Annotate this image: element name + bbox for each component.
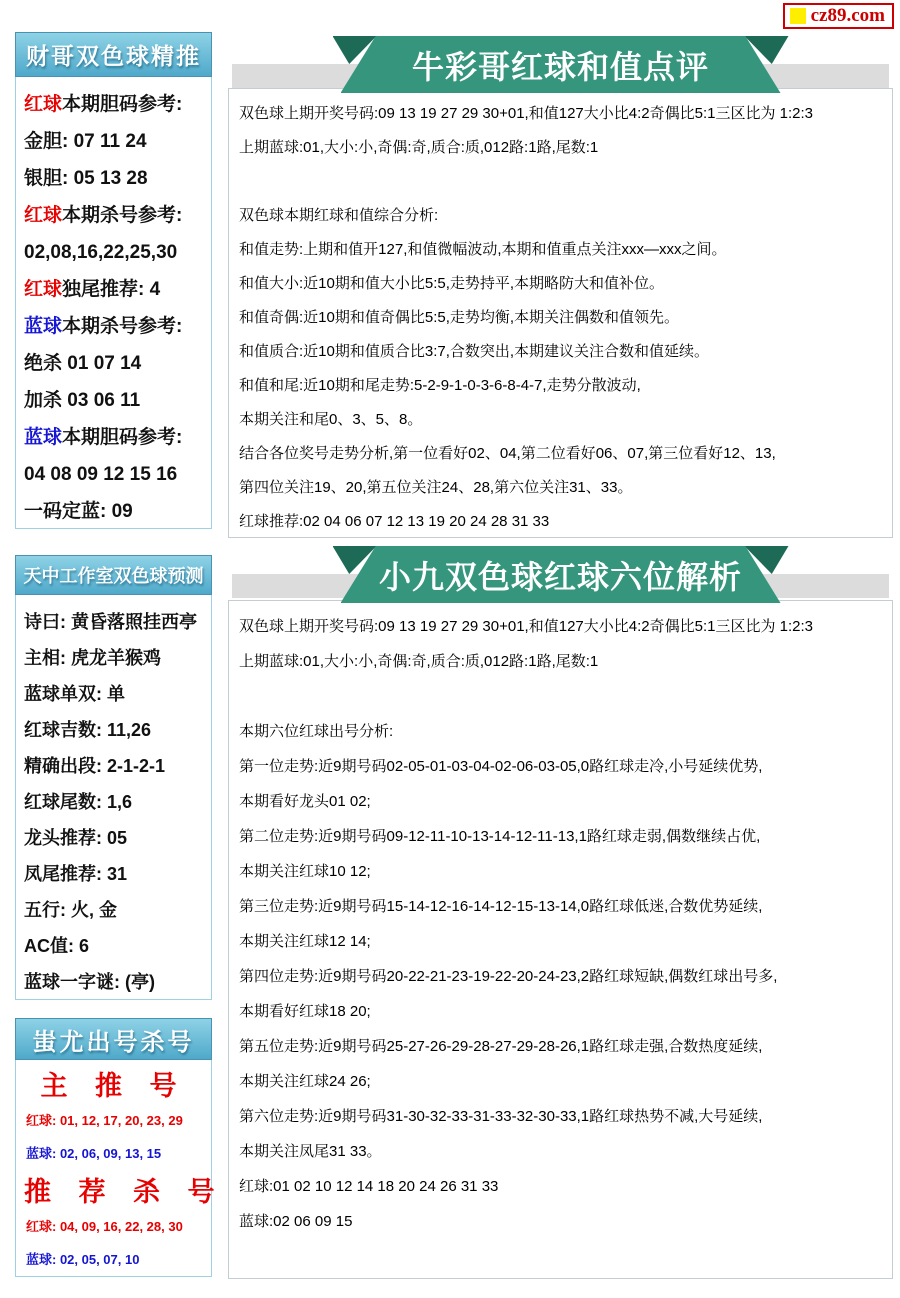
analysis-line: 蓝球:02 06 09 15 <box>239 1204 882 1239</box>
analysis-line: 红球:01 02 10 12 14 18 20 24 26 31 33 <box>239 1169 882 1204</box>
analysis-line: 双色球上期开奖号码:09 13 19 27 29 30+01,和值127大小比4… <box>239 609 882 644</box>
prediction-line: 银胆: 05 13 28 <box>24 160 203 197</box>
analysis-line: 和值走势:上期和值开127,和值微幅波动,本期和值重点关注xxx—xxx之间。 <box>239 233 882 267</box>
panel-1-sum-review: 双色球上期开奖号码:09 13 19 27 29 30+01,和值127大小比4… <box>228 88 893 538</box>
prediction-text: 绝杀 01 07 14 <box>24 353 141 374</box>
ball-type-label: 蓝球 <box>24 427 62 448</box>
prediction-line: 蓝球一字谜: (亭) <box>24 964 203 1000</box>
prediction-line: 精确出段: 2-1-2-1 <box>24 748 203 784</box>
prediction-line: 主相: 虎龙羊猴鸡 <box>24 640 203 676</box>
prediction-text: 独尾推荐: 4 <box>62 279 160 300</box>
sidebar-box-body: 诗曰: 黄昏落照挂西亭 主相: 虎龙羊猴鸡 蓝球单双: 单 红球吉数: 11,2… <box>16 595 211 1000</box>
analysis-line: 和值质合:近10期和值质合比3:7,合数突出,本期建议关注合数和值延续。 <box>239 335 882 369</box>
panel-2-ribbon: 小九双色球红球六位解析 <box>228 545 893 603</box>
page: cz89.com 财哥双色球精推 红球本期胆码参考: 金胆: 07 11 24 … <box>0 0 900 1298</box>
prediction-line: 红球独尾推荐: 4 <box>24 271 203 308</box>
analysis-line: 第五位走势:近9期号码25-27-26-29-28-27-29-28-26,1路… <box>239 1029 882 1064</box>
recommend-line: 蓝球: 02, 05, 07, 10 <box>24 1243 203 1276</box>
analysis-line: 第一位走势:近9期号码02-05-01-03-04-02-06-03-05,0路… <box>239 749 882 784</box>
prediction-text: 本期杀号参考: <box>62 316 182 337</box>
panel-title: 牛彩哥红球和值点评 <box>341 36 781 93</box>
panel-1-ribbon: 牛彩哥红球和值点评 <box>228 35 893 93</box>
prediction-line: 加杀 03 06 11 <box>24 382 203 419</box>
panel-body: 双色球上期开奖号码:09 13 19 27 29 30+01,和值127大小比4… <box>229 601 892 1239</box>
prediction-text: 02,08,16,22,25,30 <box>24 242 177 263</box>
prediction-line: 红球本期胆码参考: <box>24 86 203 123</box>
panel-body: 双色球上期开奖号码:09 13 19 27 29 30+01,和值127大小比4… <box>229 89 892 539</box>
prediction-text: 金胆: 07 11 24 <box>24 131 147 152</box>
prediction-line: 蓝球本期胆码参考: <box>24 419 203 456</box>
recommend-line: 蓝球: 02, 06, 09, 13, 15 <box>24 1137 203 1170</box>
prediction-line: 龙头推荐: 05 <box>24 820 203 856</box>
prediction-line: 蓝球单双: 单 <box>24 676 203 712</box>
analysis-line: 第六位走势:近9期号码31-30-32-33-31-33-32-30-33,1路… <box>239 1099 882 1134</box>
analysis-line: 第三位走势:近9期号码15-14-12-16-14-12-15-13-14,0路… <box>239 889 882 924</box>
analysis-line <box>239 165 882 199</box>
analysis-line: 本期看好红球18 20; <box>239 994 882 1029</box>
sidebar-box-title: 天中工作室双色球预测 <box>15 555 212 595</box>
prediction-line: 金胆: 07 11 24 <box>24 123 203 160</box>
site-logo[interactable]: cz89.com <box>783 3 894 29</box>
prediction-text: 银胆: 05 13 28 <box>24 168 148 189</box>
recommend-line: 红球: 01, 12, 17, 20, 23, 29 <box>24 1104 203 1137</box>
prediction-line: 红球尾数: 1,6 <box>24 784 203 820</box>
analysis-line: 上期蓝球:01,大小:小,奇偶:奇,质合:质,012路:1路,尾数:1 <box>239 644 882 679</box>
analysis-line: 本期关注红球24 26; <box>239 1064 882 1099</box>
prediction-line: 五行: 火, 金 <box>24 892 203 928</box>
prediction-line: 红球吉数: 11,26 <box>24 712 203 748</box>
logo-square-icon <box>790 8 806 24</box>
analysis-line: 和值大小:近10期和值大小比5:5,走势持平,本期略防大和值补位。 <box>239 267 882 301</box>
prediction-text: 主相: 虎龙羊猴鸡 <box>24 648 161 668</box>
panel-2-six-position: 双色球上期开奖号码:09 13 19 27 29 30+01,和值127大小比4… <box>228 600 893 1279</box>
prediction-line: 绝杀 01 07 14 <box>24 345 203 382</box>
analysis-line: 本期关注红球12 14; <box>239 924 882 959</box>
prediction-text: 诗曰: 黄昏落照挂西亭 <box>24 612 197 632</box>
ball-type-label: 蓝球 <box>24 316 62 337</box>
prediction-text: 加杀 03 06 11 <box>24 390 140 411</box>
prediction-text: 本期杀号参考: <box>62 205 182 226</box>
ball-type-label: 红球 <box>24 279 62 300</box>
panel-title: 小九双色球红球六位解析 <box>341 546 781 603</box>
sidebar-box-chiyou: 蚩尤出号杀号 主 推 号 红球: 01, 12, 17, 20, 23, 29 … <box>15 1018 212 1277</box>
prediction-text: 精确出段: 2-1-2-1 <box>24 756 165 776</box>
analysis-line: 结合各位奖号走势分析,第一位看好02、04,第二位看好06、07,第三位看好12… <box>239 437 882 471</box>
prediction-line: 红球本期杀号参考: <box>24 197 203 234</box>
prediction-text: 龙头推荐: 05 <box>24 828 127 848</box>
sidebar-box-tianzhong: 天中工作室双色球预测 诗曰: 黄昏落照挂西亭 主相: 虎龙羊猴鸡 蓝球单双: 单… <box>15 555 212 1000</box>
analysis-line: 本期看好龙头01 02; <box>239 784 882 819</box>
prediction-text: AC值: 6 <box>24 936 89 956</box>
analysis-line: 第四位走势:近9期号码20-22-21-23-19-22-20-24-23,2路… <box>239 959 882 994</box>
prediction-line: 02,08,16,22,25,30 <box>24 234 203 271</box>
sidebar-box-body: 红球本期胆码参考: 金胆: 07 11 24 银胆: 05 13 28 红球本期… <box>16 77 211 530</box>
logo-text: cz89.com <box>811 5 885 27</box>
analysis-line: 本期关注和尾0、3、5、8。 <box>239 403 882 437</box>
analysis-line: 和值和尾:近10期和尾走势:5-2-9-1-0-3-6-8-4-7,走势分散波动… <box>239 369 882 403</box>
recommend-line: 主 推 号 <box>24 1068 203 1104</box>
prediction-text: 五行: 火, 金 <box>24 900 117 920</box>
analysis-line: 第四位关注19、20,第五位关注24、28,第六位关注31、33。 <box>239 471 882 505</box>
prediction-text: 凤尾推荐: 31 <box>24 864 127 884</box>
prediction-line: 蓝球本期杀号参考: <box>24 308 203 345</box>
analysis-line: 红球推荐:02 04 06 07 12 13 19 20 24 28 31 33 <box>239 505 882 539</box>
prediction-text: 本期胆码参考: <box>62 427 182 448</box>
prediction-line: 04 08 09 12 15 16 <box>24 456 203 493</box>
analysis-line: 本期六位红球出号分析: <box>239 714 882 749</box>
prediction-line: 诗曰: 黄昏落照挂西亭 <box>24 604 203 640</box>
prediction-text: 红球吉数: 11,26 <box>24 720 151 740</box>
recommend-line: 推 荐 杀 号 <box>24 1174 203 1210</box>
sidebar-box-title: 财哥双色球精推 <box>15 32 212 77</box>
prediction-text: 蓝球一字谜: (亭) <box>24 972 155 992</box>
ball-type-label: 红球 <box>24 205 62 226</box>
ball-type-label: 红球 <box>24 94 62 115</box>
prediction-line: 凤尾推荐: 31 <box>24 856 203 892</box>
analysis-line: 第二位走势:近9期号码09-12-11-10-13-14-12-11-13,1路… <box>239 819 882 854</box>
prediction-text: 04 08 09 12 15 16 <box>24 464 177 485</box>
analysis-line: 双色球上期开奖号码:09 13 19 27 29 30+01,和值127大小比4… <box>239 97 882 131</box>
analysis-line: 双色球本期红球和值综合分析: <box>239 199 882 233</box>
analysis-line: 本期关注红球10 12; <box>239 854 882 889</box>
sidebar-box-body: 主 推 号 红球: 01, 12, 17, 20, 23, 29 蓝球: 02,… <box>16 1060 211 1276</box>
analysis-line: 上期蓝球:01,大小:小,奇偶:奇,质合:质,012路:1路,尾数:1 <box>239 131 882 165</box>
prediction-text: 蓝球单双: 单 <box>24 684 125 704</box>
prediction-text: 红球尾数: 1,6 <box>24 792 132 812</box>
prediction-line: AC值: 6 <box>24 928 203 964</box>
prediction-text: 本期胆码参考: <box>62 94 182 115</box>
prediction-line: 一码定蓝: 09 <box>24 493 203 530</box>
recommend-line: 红球: 04, 09, 16, 22, 28, 30 <box>24 1210 203 1243</box>
sidebar-box-title: 蚩尤出号杀号 <box>15 1018 212 1060</box>
analysis-line <box>239 679 882 714</box>
prediction-text: 一码定蓝: 09 <box>24 501 133 522</box>
analysis-line: 和值奇偶:近10期和值奇偶比5:5,走势均衡,本期关注偶数和值领先。 <box>239 301 882 335</box>
sidebar-box-caige: 财哥双色球精推 红球本期胆码参考: 金胆: 07 11 24 银胆: 05 13… <box>15 32 212 529</box>
analysis-line: 本期关注凤尾31 33。 <box>239 1134 882 1169</box>
